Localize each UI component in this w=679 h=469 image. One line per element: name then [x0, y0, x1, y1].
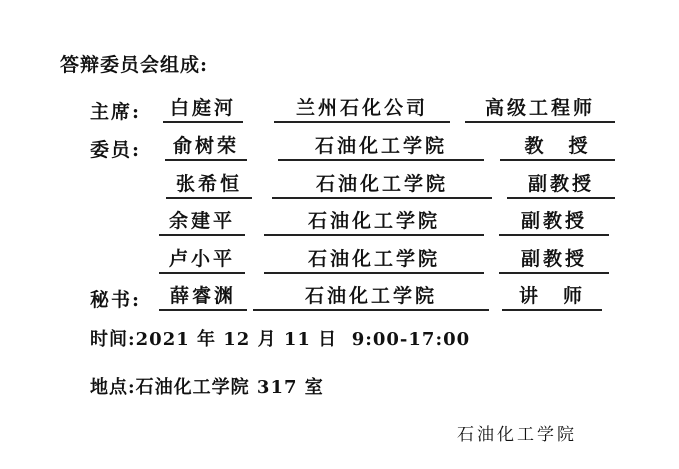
- member-title: 讲 师: [502, 283, 602, 311]
- committee-heading: 答辩委员会组成:: [60, 50, 208, 77]
- member-name: 俞树荣: [165, 133, 247, 161]
- time-line: 时间:2021 年 12 月 11 日 9:00-17:00: [90, 325, 470, 351]
- member-name: 卢小平: [159, 246, 245, 274]
- member-title: 副教授: [499, 246, 609, 274]
- place-value: 石油化工学院 317 室: [136, 377, 324, 398]
- place-label: 地点:: [90, 377, 136, 398]
- time-value: 2021 年 12 月 11 日 9:00-17:00: [136, 329, 471, 350]
- member-title: 教 授: [500, 133, 615, 161]
- member-title: 高级工程师: [465, 95, 615, 123]
- role-label-member: 委员:: [90, 135, 141, 162]
- place-line: 地点:石油化工学院 317 室: [90, 373, 324, 399]
- member-name: 余建平: [159, 208, 245, 236]
- member-org: 兰州石化公司: [274, 95, 450, 123]
- signature: 石油化工学院: [457, 420, 577, 445]
- member-title: 副教授: [499, 208, 609, 236]
- member-org: 石油化工学院: [264, 246, 484, 274]
- member-name: 薛睿渊: [159, 283, 247, 311]
- member-org: 石油化工学院: [264, 208, 484, 236]
- member-org: 石油化工学院: [272, 171, 492, 199]
- time-label: 时间:: [90, 329, 136, 350]
- role-label-chair: 主席:: [90, 97, 141, 124]
- member-title: 副教授: [507, 171, 615, 199]
- member-name: 张希恒: [166, 171, 252, 199]
- role-label-secretary: 秘书:: [90, 285, 141, 312]
- member-org: 石油化工学院: [278, 133, 484, 161]
- member-org: 石油化工学院: [253, 283, 489, 311]
- member-name: 白庭河: [163, 95, 243, 123]
